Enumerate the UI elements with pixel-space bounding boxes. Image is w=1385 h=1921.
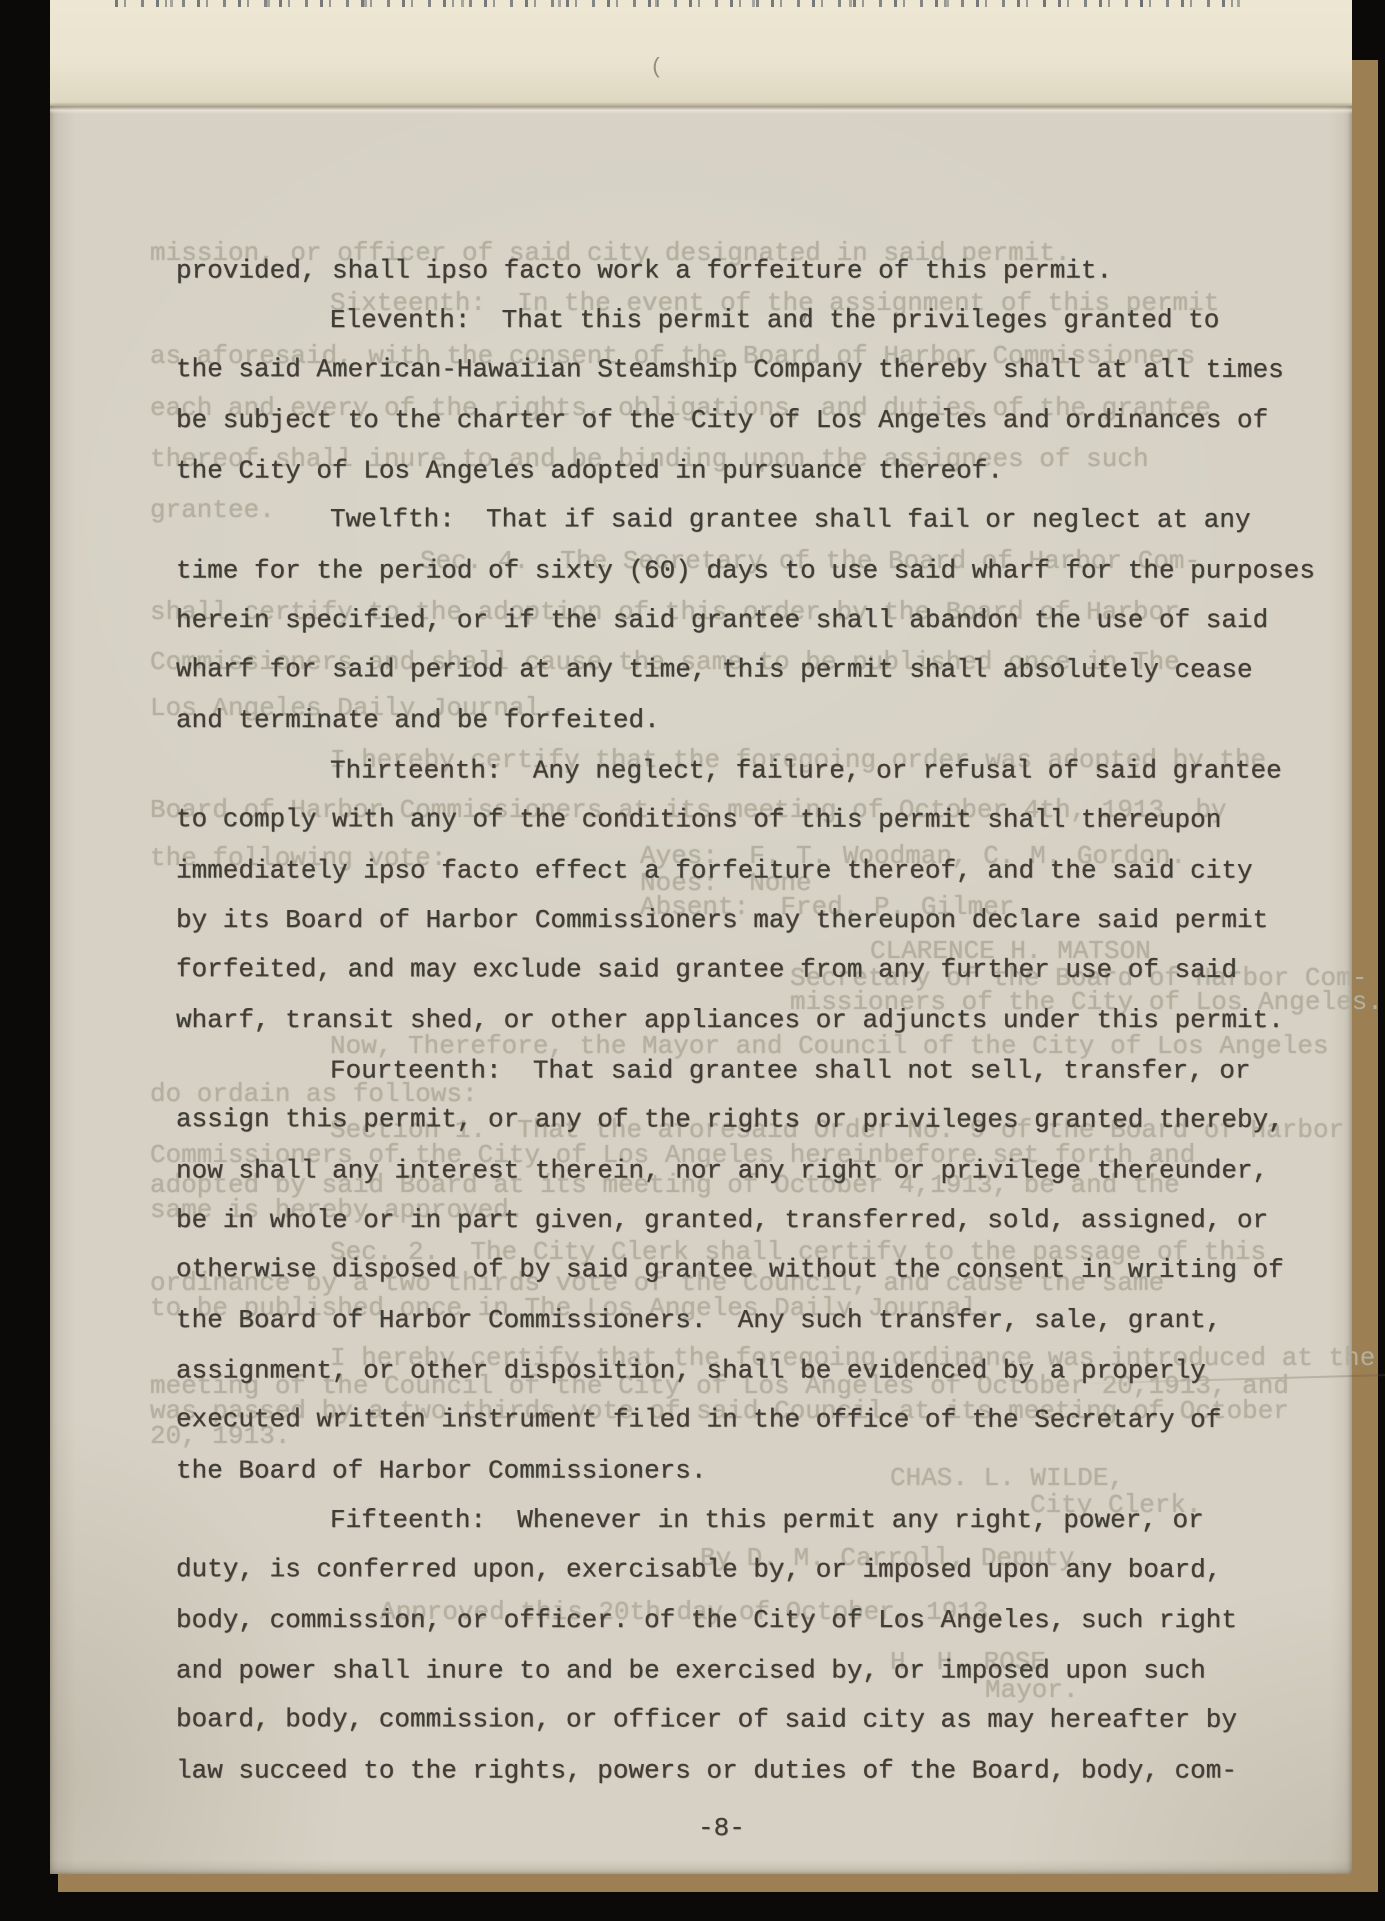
typed-line: be subject to the charter of the City of… [176, 395, 1268, 445]
typed-line: body, commission, or officer. of the Cit… [176, 1595, 1237, 1645]
typed-line: be in whole or in part given, granted, t… [176, 1195, 1268, 1245]
page-number: -8- [698, 1803, 758, 1853]
typed-line: and power shall inure to and be exercise… [176, 1646, 1206, 1696]
typed-line: Thirteenth: Any neglect, failure, or ref… [330, 746, 1282, 796]
typed-line: immediately ipso facto effect a forfeitu… [176, 846, 1253, 896]
typed-line: time for the period of sixty (60) days t… [176, 546, 1315, 596]
typed-line: assignment, or other disposition, shall … [176, 1346, 1206, 1396]
scan-background: mission, or officer of said city designa… [0, 0, 1385, 1921]
typed-line: duty, is conferred upon, exercisable by,… [176, 1544, 1221, 1595]
typed-line: the City of Los Angeles adopted in pursu… [176, 446, 1003, 496]
typed-line: forfeited, and may exclude said grantee … [176, 944, 1237, 995]
typed-line: otherwise disposed of by said grantee wi… [176, 1244, 1284, 1295]
typed-text-layer: provided, shall ipso facto work a forfei… [50, 0, 1352, 1874]
typed-line: wharf, transit shed, or other appliances… [176, 995, 1284, 1045]
typed-line: and terminate and be forfeited. [176, 695, 660, 745]
typed-line: provided, shall ipso facto work a forfei… [176, 246, 1112, 296]
typed-line: Twelfth: That if said grantee shall fail… [330, 494, 1251, 545]
typed-line: the Board of Harbor Commissioners. [176, 1446, 707, 1496]
typed-line: assign this permit, or any of the rights… [176, 1094, 1284, 1145]
typed-line: herein specified, or if the said grantee… [176, 595, 1268, 645]
typed-line: Eleventh: That this permit and the privi… [330, 295, 1219, 345]
typed-line: the said American-Hawaiian Steamship Com… [176, 344, 1284, 395]
typed-line: executed written instrument filed in the… [176, 1394, 1221, 1445]
typed-line: to comply with any of the conditions of … [176, 794, 1221, 845]
typed-line: wharf for said period at any time, this … [176, 644, 1253, 695]
typed-line: law succeed to the rights, powers or dut… [176, 1746, 1237, 1796]
typed-line: Fourteenth: That said grantee shall not … [330, 1046, 1251, 1096]
document-page: mission, or officer of said city designa… [50, 0, 1352, 1874]
typed-line: the Board of Harbor Commissioners. Any s… [176, 1295, 1221, 1345]
typed-line: by its Board of Harbor Commissioners may… [176, 895, 1268, 945]
typed-line: now shall any interest therein, nor any … [176, 1146, 1268, 1196]
typed-line: board, body, commission, or officer of s… [176, 1694, 1237, 1745]
typed-line: Fifteenth: Whenever in this permit any r… [330, 1495, 1204, 1545]
